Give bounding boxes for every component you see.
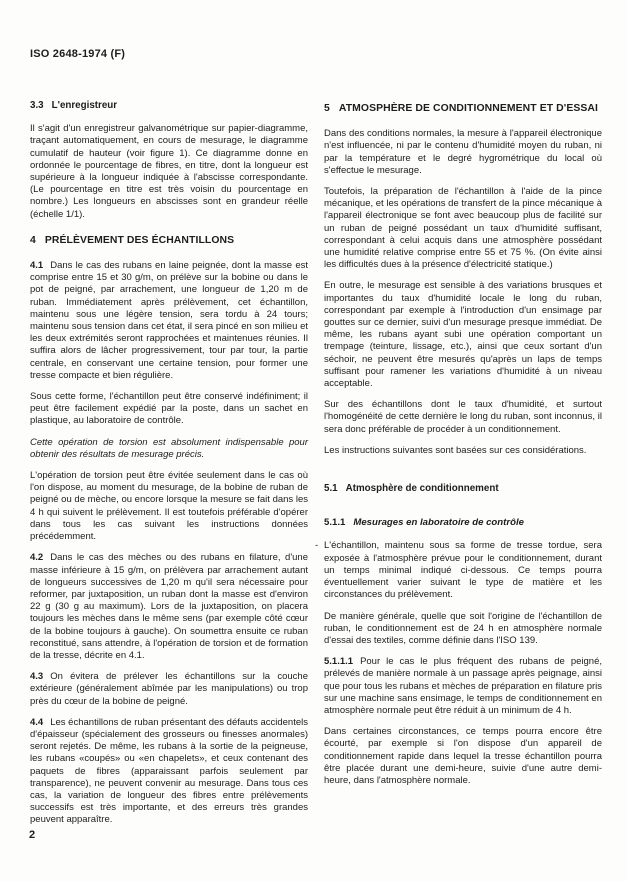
paragraph-certaines-circonstances: Dans certaines circonstances, ce temps p… bbox=[324, 726, 602, 787]
paragraph-en-outre: En outre, le mesurage est sensible à des… bbox=[324, 280, 602, 390]
section-title: ATMOSPHÈRE DE CONDITIONNEMENT ET D'ESSAI bbox=[339, 103, 598, 114]
paragraph-conditions-normales: Dans des conditions normales, la mesure … bbox=[324, 128, 602, 177]
section-title: Mesurages en laboratoire de contrôle bbox=[353, 517, 524, 528]
clause-number: 5.1.1.1 bbox=[324, 656, 353, 667]
section-number: 5.1 bbox=[324, 483, 338, 494]
clause-text: Pour le cas le plus fréquent des rubans … bbox=[324, 656, 602, 716]
paragraph-4-2: 4.2Dans le cas des mèches ou des rubans … bbox=[30, 552, 308, 662]
paragraph-sous-cette-forme: Sous cette forme, l'échantillon peut êtr… bbox=[30, 391, 308, 428]
paragraph-5-1-1-1: 5.1.1.1Pour le cas le plus fréquent des … bbox=[324, 656, 602, 717]
section-title: L'enregistreur bbox=[52, 100, 117, 111]
paragraph-operation-torsion: L'opération de torsion peut être évitée … bbox=[30, 470, 308, 543]
clause-text: Dans le cas des rubans en laine peignée,… bbox=[30, 260, 308, 381]
paragraph-instructions: Les instructions suivantes sont basées s… bbox=[324, 445, 602, 457]
paragraph-toutefois: Toutefois, la préparation de l'échantill… bbox=[324, 186, 602, 271]
right-column: 5ATMOSPHÈRE DE CONDITIONNEMENT ET D'ESSA… bbox=[324, 100, 602, 836]
page-number: 2 bbox=[29, 829, 35, 841]
section-5-1-1-heading: 5.1.1Mesurages en laboratoire de contrôl… bbox=[324, 517, 602, 529]
margin-dash-mark: - bbox=[315, 540, 318, 552]
section-5-heading: 5ATMOSPHÈRE DE CONDITIONNEMENT ET D'ESSA… bbox=[324, 103, 602, 115]
clause-number: 4.2 bbox=[30, 552, 43, 563]
clause-number: 4.4 bbox=[30, 717, 43, 728]
section-number: 5.1.1 bbox=[324, 517, 345, 528]
section-3-3-heading: 3.3L'enregistreur bbox=[30, 100, 308, 112]
clause-text: Dans le cas des mèches ou des rubans en … bbox=[30, 552, 308, 661]
clause-number: 4.1 bbox=[30, 260, 43, 271]
paragraph-sur-echantillons: Sur des échantillons dont le taux d'humi… bbox=[324, 399, 602, 436]
section-number: 3.3 bbox=[30, 100, 44, 111]
section-4-heading: 4PRÉLÈVEMENT DES ÉCHANTILLONS bbox=[30, 235, 308, 247]
two-column-body: 3.3L'enregistreur Il s'agit d'un enregis… bbox=[30, 100, 602, 836]
clause-number: 4.3 bbox=[30, 671, 43, 682]
section-title: Atmosphère de conditionnement bbox=[346, 483, 499, 494]
paragraph-maniere-generale: De manière générale, quelle que soit l'o… bbox=[324, 611, 602, 648]
section-title: PRÉLÈVEMENT DES ÉCHANTILLONS bbox=[45, 235, 234, 246]
section-number: 4 bbox=[30, 235, 36, 246]
document-page: ISO 2648-1974 (F) 3.3L'enregistreur Il s… bbox=[0, 0, 627, 881]
paragraph-enregistreur: Il s'agit d'un enregistreur galvanométri… bbox=[30, 123, 308, 221]
left-column: 3.3L'enregistreur Il s'agit d'un enregis… bbox=[30, 100, 308, 836]
clause-text: On évitera de prélever les échantillons … bbox=[30, 671, 308, 706]
document-reference-header: ISO 2648-1974 (F) bbox=[30, 48, 125, 60]
paragraph-4-1: 4.1Dans le cas des rubans en laine peign… bbox=[30, 260, 308, 382]
clause-text: Les échantillons de ruban présentant des… bbox=[30, 717, 308, 826]
section-5-1-heading: 5.1Atmosphère de conditionnement bbox=[324, 483, 602, 495]
paragraph-4-3: 4.3On évitera de prélever les échantillo… bbox=[30, 671, 308, 708]
paragraph-note-torsion: Cette opération de torsion est absolumen… bbox=[30, 437, 308, 461]
paragraph-text: L'échantillon, maintenu sous sa forme de… bbox=[324, 540, 602, 600]
paragraph-echantillon-tresse: -L'échantillon, maintenu sous sa forme d… bbox=[324, 540, 602, 601]
section-number: 5 bbox=[324, 103, 330, 114]
paragraph-4-4: 4.4Les échantillons de ruban présentant … bbox=[30, 717, 308, 827]
